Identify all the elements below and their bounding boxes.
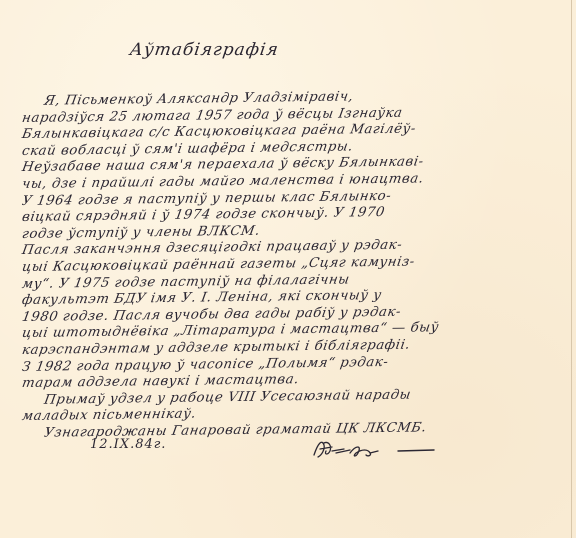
document-body: Я, Пісьменкоў Аляксандр Уладзіміравіч, н… (22, 94, 567, 442)
document-date: 12.IX.84г. (90, 437, 166, 452)
document-title: Аўтабіяграфія (129, 40, 280, 60)
page-edge (571, 0, 572, 538)
signature-icon (310, 435, 460, 463)
document-page: Аўтабіяграфія Я, Пісьменкоў Аляксандр Ул… (0, 0, 576, 538)
